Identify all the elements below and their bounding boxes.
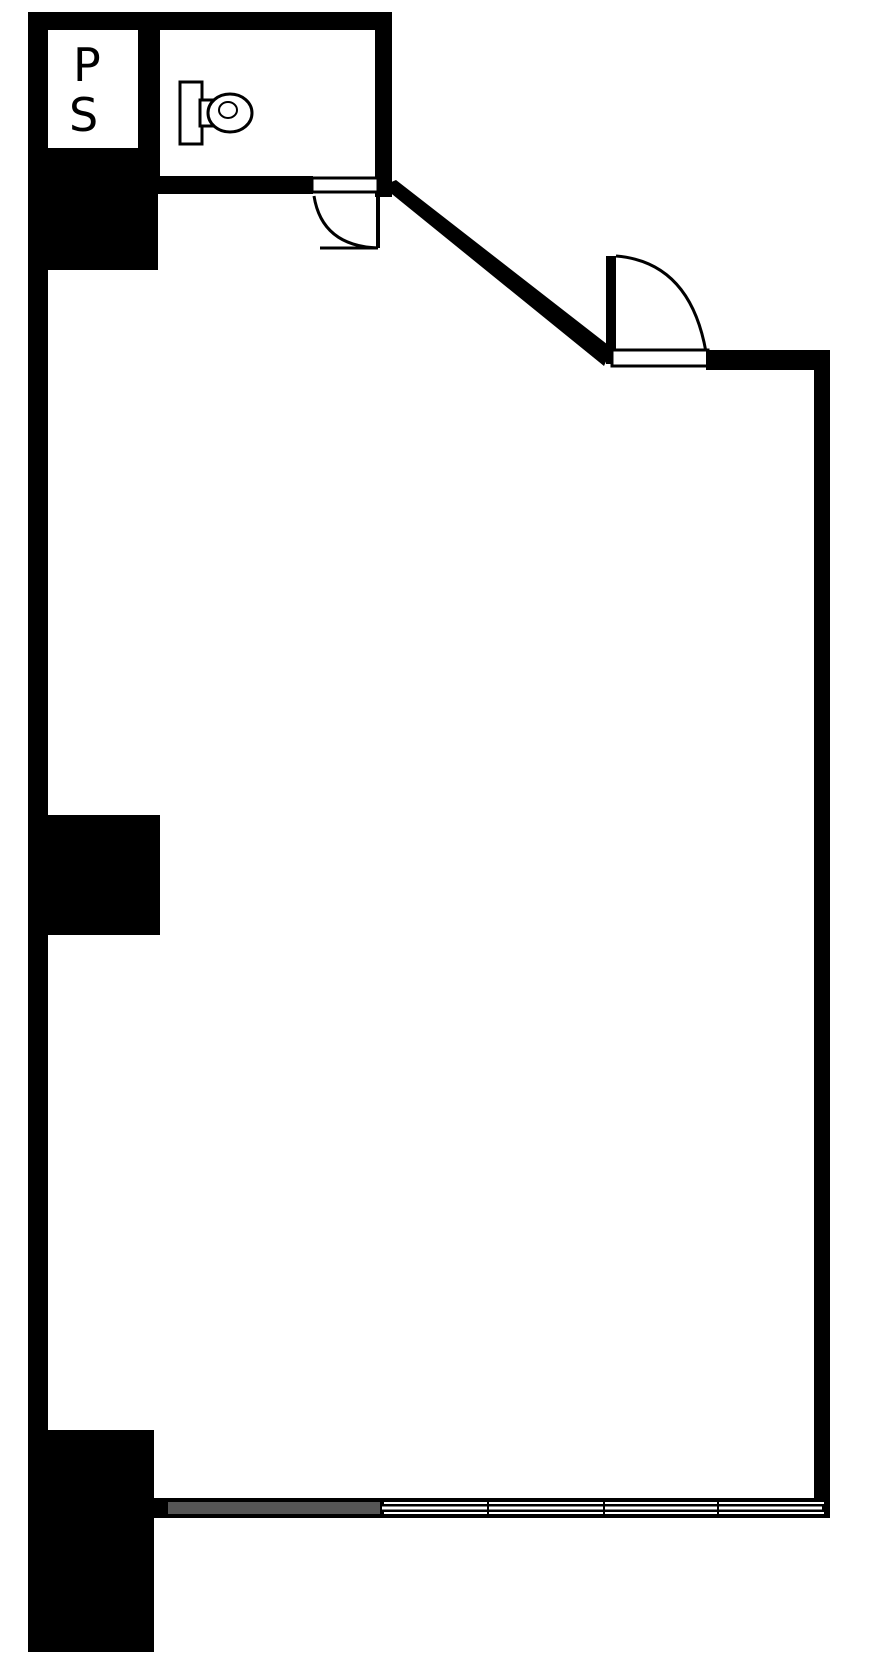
top-wall xyxy=(28,12,392,30)
diagonal-wall xyxy=(382,180,612,366)
room-label-s: S xyxy=(69,92,98,138)
toilet-icon xyxy=(180,82,252,144)
toilet-right-wall xyxy=(375,12,392,197)
bottom-window-wall xyxy=(150,1498,830,1518)
column-middle-left xyxy=(36,815,160,935)
entrance-door[interactable] xyxy=(606,256,708,366)
toilet-door[interactable] xyxy=(312,178,378,248)
toilet-bottom-wall xyxy=(155,176,313,194)
floor-plan xyxy=(0,0,892,1661)
column-top-left xyxy=(40,148,158,270)
right-wall xyxy=(814,350,830,1515)
room-label-p: P xyxy=(73,42,101,88)
right-top-wall xyxy=(706,350,830,370)
column-bottom-left xyxy=(36,1430,154,1652)
